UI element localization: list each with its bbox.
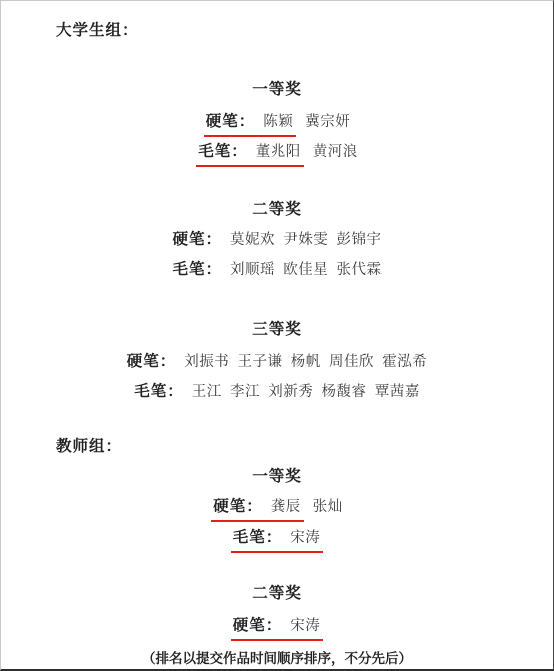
award-line: 毛笔：董兆阳黄河浪 [1,142,553,167]
category-label: 毛笔： [233,529,283,546]
award-line: 硬笔：莫妮欢 尹姝雯 彭锦宇 [1,230,553,250]
group-title-teachers: 教师组： [56,437,553,456]
underlined-names: 董兆阳 [256,144,301,160]
award-title-first-prize: 一等奖 [1,467,553,486]
category-label: 硬笔： [233,617,283,634]
category-label: 毛笔： [172,261,222,278]
award-line: 毛笔：宋涛 [1,528,553,553]
category-label: 硬笔： [213,498,263,515]
red-underline: 毛笔：董兆阳 [196,142,304,167]
red-underline: 硬笔：陈颖 [204,112,297,137]
underlined-names: 龚辰 [271,499,301,515]
award-title-second-prize: 二等奖 [1,200,553,219]
category-label: 硬笔： [206,113,256,130]
names: 冀宗妍 [305,114,350,130]
footer-note: （排名以提交作品时间顺序排序，不分先后） [1,650,553,668]
underlined-names: 宋涛 [290,618,320,634]
award-title-second-prize: 二等奖 [1,584,553,603]
award-line: 硬笔：宋涛 [1,616,553,641]
red-underline: 硬笔：宋涛 [231,616,324,641]
names: 刘顺瑶 欧佳星 张代霖 [230,262,382,278]
underlined-names: 陈颖 [263,114,293,130]
names: 王江 李江 刘新秀 杨馥睿 覃茜嘉 [192,384,420,400]
red-underline: 毛笔：宋涛 [231,528,324,553]
award-line: 毛笔：王江 李江 刘新秀 杨馥睿 覃茜嘉 [1,382,553,402]
names: 张灿 [313,499,343,515]
category-label: 硬笔： [172,231,222,248]
award-line: 硬笔：刘振书 王子谦 杨帆 周佳欣 霍泓希 [1,352,553,372]
names: 刘振书 王子谦 杨帆 周佳欣 霍泓希 [184,354,427,370]
award-line: 硬笔：龚辰张灿 [1,497,553,522]
category-label: 毛笔： [198,143,248,160]
category-label: 毛笔： [134,383,184,400]
red-underline: 硬笔：龚辰 [211,497,304,522]
award-line: 毛笔：刘顺瑶 欧佳星 张代霖 [1,260,553,280]
names: 黄河浪 [313,144,358,160]
document-page: 大学生组： 一等奖 硬笔：陈颖冀宗妍 毛笔：董兆阳黄河浪 二等奖 硬笔：莫妮欢 … [0,0,554,671]
group-title-students: 大学生组： [56,21,553,40]
names: 莫妮欢 尹姝雯 彭锦宇 [230,232,382,248]
award-title-third-prize: 三等奖 [1,320,553,339]
award-title-first-prize: 一等奖 [1,80,553,99]
award-line: 硬笔：陈颖冀宗妍 [1,112,553,137]
underlined-names: 宋涛 [290,530,320,546]
category-label: 硬笔： [127,353,177,370]
